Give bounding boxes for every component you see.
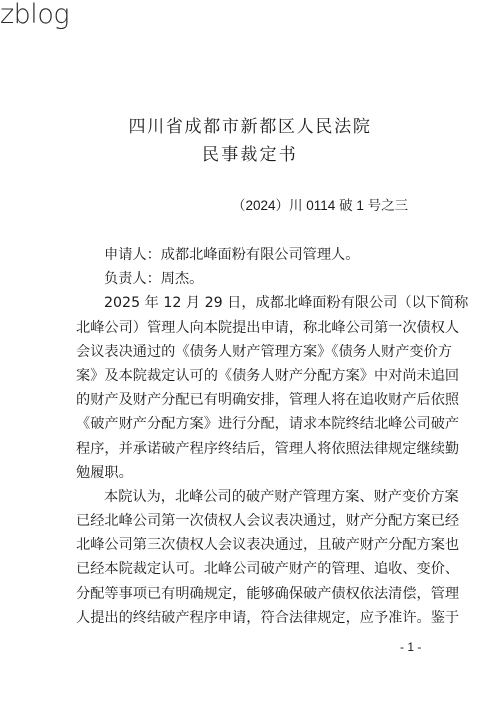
paragraph-line: 会议表决通过的《债务人财产管理方案》《债务人财产变价方 xyxy=(76,340,428,364)
responsible-person-line: 负责人：周杰。 xyxy=(76,267,428,291)
case-number: （2024）川 0114 破 1 号之三 xyxy=(232,197,408,215)
page-number: - 1 - xyxy=(400,639,421,655)
paragraph-line: 分配等事项已有明确规定，能够确保破产债权依法清偿，管理 xyxy=(76,582,428,606)
site-watermark: zblog xyxy=(0,0,69,32)
document-type-heading: 民事裁定书 xyxy=(0,144,500,166)
paragraph-line: 《破产财产分配方案》进行分配，请求本院终结北峰公司破产 xyxy=(76,412,428,436)
paragraph-line: 北峰公司第三次债权人会议表决通过，且破产财产分配方案也 xyxy=(76,533,428,557)
paragraph-line: 已经北峰公司第一次债权人会议表决通过，财产分配方案已经 xyxy=(76,509,428,533)
paragraph-line: 程序，并承诺破产程序终结后，管理人将依照法律规定继续勤 xyxy=(76,437,428,461)
ruling-body: 申请人：成都北峰面粉有限公司管理人。 负责人：周杰。 2025 年 12 月 2… xyxy=(76,243,428,630)
paragraph-line: 本院认为，北峰公司的破产财产管理方案、财产变价方案 xyxy=(76,485,428,509)
paragraph-line: 已经本院裁定认可。北峰公司破产财产的管理、追收、变价、 xyxy=(76,557,428,581)
paragraph-line: 案》及本院裁定认可的《债务人财产分配方案》中对尚未追回 xyxy=(76,364,428,388)
paragraph-line: 勉履职。 xyxy=(76,461,428,485)
paragraph-line: 人提出的终结破产程序申请，符合法律规定，应予准许。鉴于 xyxy=(76,606,428,630)
court-name-heading: 四川省成都市新都区人民法院 xyxy=(0,116,500,138)
paragraph-line: 北峰公司）管理人向本院提出申请，称北峰公司第一次债权人 xyxy=(76,316,428,340)
paragraph-line: 的财产及财产分配已有明确安排，管理人将在追收财产后依照 xyxy=(76,388,428,412)
paragraph-line: 2025 年 12 月 29 日，成都北峰面粉有限公司（以下简称 xyxy=(76,291,428,315)
applicant-line: 申请人：成都北峰面粉有限公司管理人。 xyxy=(76,243,428,267)
